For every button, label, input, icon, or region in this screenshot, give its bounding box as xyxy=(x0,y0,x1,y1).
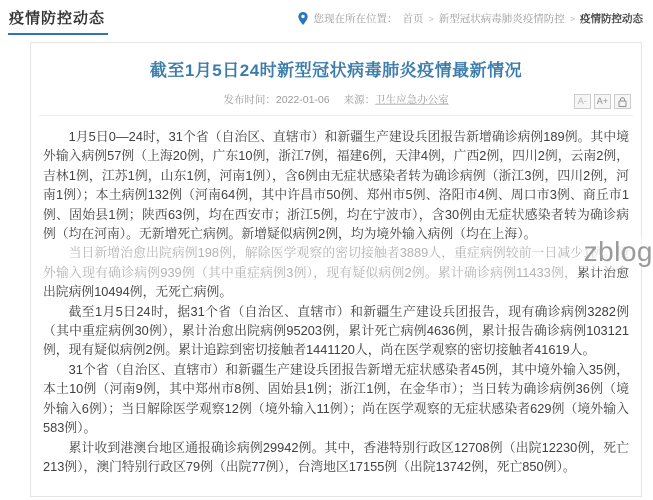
breadcrumb: 您现在所在位置： 首页 > 新型冠状病毒肺炎疫情防控 > 疫情防控动态 xyxy=(298,11,643,26)
breadcrumb-prefix: 您现在所在位置： xyxy=(313,11,397,26)
breadcrumb-item-current: 疫情防控动态 xyxy=(580,11,643,26)
article-header: 截至1月5日24时新型冠状病毒肺炎疫情最新情况 发布时间：2022-01-06来… xyxy=(39,43,633,116)
breadcrumb-item-epidemic-control[interactable]: 新型冠状病毒肺炎疫情防控 xyxy=(439,11,565,26)
article-title: 截至1月5日24时新型冠状病毒肺炎疫情最新情况 xyxy=(39,56,633,81)
breadcrumb-separator: > xyxy=(570,14,575,24)
article-body: 1月5日0—24时，31个省（自治区、直辖市）和新疆生产建设兵团报告新增确诊病例… xyxy=(31,116,641,476)
paragraph: 当日新增治愈出院病例198例，解除医学观察的密切接触者3889人，重症病例较前一… xyxy=(43,243,629,301)
location-pin-icon xyxy=(298,12,308,25)
breadcrumb-item-home[interactable]: 首页 xyxy=(402,11,423,26)
font-increase-button[interactable]: A+ xyxy=(594,94,611,109)
lock-icon xyxy=(618,97,627,107)
breadcrumb-separator: > xyxy=(428,14,433,24)
paragraph: 累计收到港澳台地区通报确诊病例29942例。其中，香港特别行政区12708例（出… xyxy=(43,438,629,477)
article-tools: A- A+ xyxy=(574,94,631,109)
paragraph: 1月5日0—24时，31个省（自治区、直辖市）和新疆生产建设兵团报告新增确诊病例… xyxy=(43,127,629,243)
article-meta: 发布时间：2022-01-06来源：卫生应急办公室 xyxy=(39,92,633,107)
paragraph: 截至1月5日24时，据31个省（自治区、直辖市）和新疆生产建设兵团报告，现有确诊… xyxy=(43,302,629,360)
source-value: 卫生应急办公室 xyxy=(375,94,449,106)
paragraph: 31个省（自治区、直辖市）和新疆生产建设兵团报告新增无症状感染者45例，其中境外… xyxy=(43,360,629,438)
section-title-link[interactable]: 疫情防控动态 xyxy=(8,7,108,35)
source-label: 来源： xyxy=(344,94,376,106)
publish-time-label: 发布时间： xyxy=(223,94,276,106)
lock-button[interactable] xyxy=(614,94,631,109)
font-decrease-button[interactable]: A- xyxy=(574,94,591,109)
top-bar: 疫情防控动态 您现在所在位置： 首页 > 新型冠状病毒肺炎疫情防控 > 疫情防控… xyxy=(0,0,653,38)
article-container: 截至1月5日24时新型冠状病毒肺炎疫情最新情况 发布时间：2022-01-06来… xyxy=(30,42,642,497)
publish-time-value: 2022-01-06 xyxy=(276,94,330,106)
